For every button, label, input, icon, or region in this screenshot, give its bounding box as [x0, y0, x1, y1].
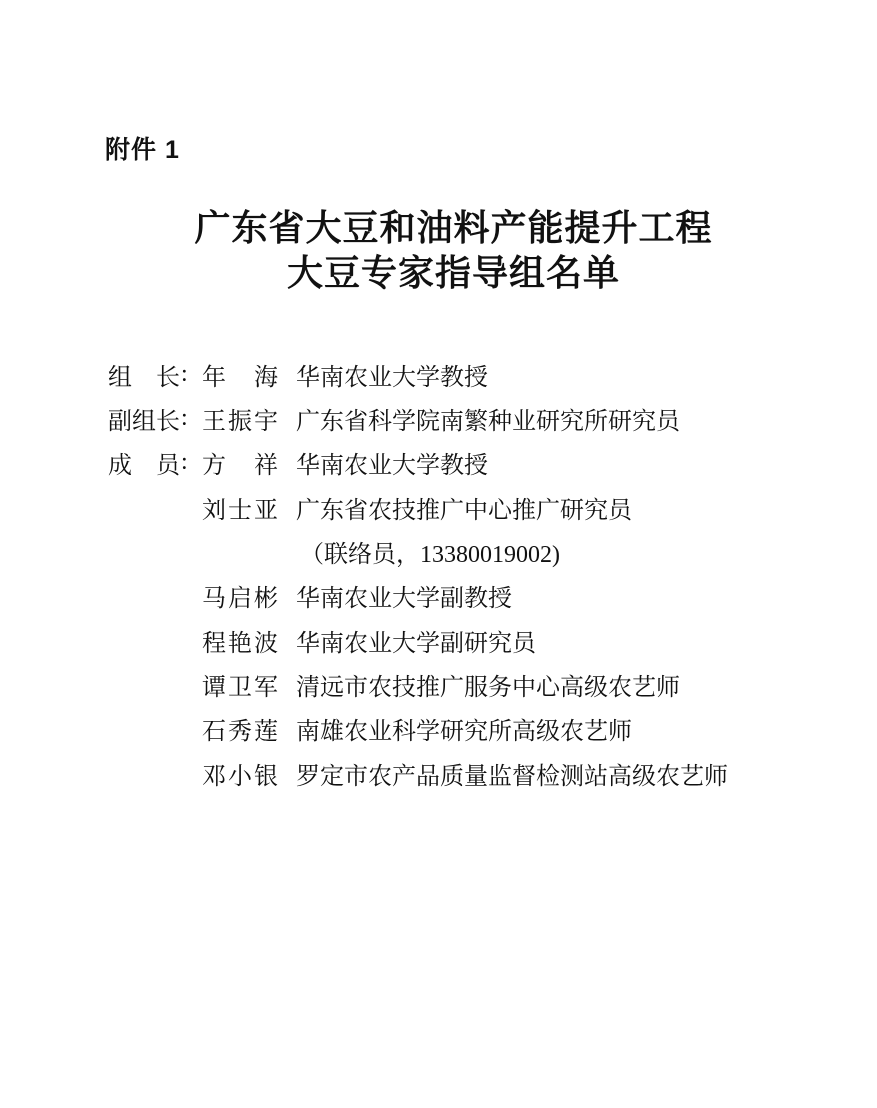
member-name: 王振宇: [202, 401, 278, 436]
role-cell: :: [108, 760, 202, 787]
role-cell: :: [108, 715, 202, 742]
roster-list: 组长: 年海 华南农业大学教授 副组长: 王振宇 广东省科学院南繁种业研究所研究…: [108, 352, 788, 795]
member-name: 谭卫军: [202, 667, 278, 702]
roster-row: : 刘士亚 广东省农技推广中心推广研究员: [108, 485, 788, 529]
document-page: 附件 1 广东省大豆和油料产能提升工程 大豆专家指导组名单 组长: 年海 华南农…: [0, 0, 877, 1108]
member-name: 马启彬: [202, 578, 278, 613]
member-desc: 广东省科学院南繁种业研究所研究员: [296, 401, 680, 436]
member-desc: 南雄农业科学研究所高级农艺师: [296, 711, 632, 746]
member-name: 年海: [202, 357, 278, 392]
member-note: （联络员，13380019002): [300, 534, 560, 569]
member-name: 石秀莲: [202, 711, 278, 746]
roster-note-row: （联络员，13380019002): [108, 529, 788, 573]
role-cell: 组长:: [108, 357, 202, 392]
role-label: 副组长: [108, 401, 180, 436]
roster-row: : 邓小银 罗定市农产品质量监督检测站高级农艺师: [108, 751, 788, 795]
roster-row: : 谭卫军 清远市农技推广服务中心高级农艺师: [108, 662, 788, 706]
roster-row: : 马启彬 华南农业大学副教授: [108, 574, 788, 618]
role-cell: :: [108, 627, 202, 654]
role-colon: :: [181, 405, 188, 432]
role-cell: :: [108, 582, 202, 609]
member-desc: 罗定市农产品质量监督检测站高级农艺师: [296, 756, 728, 791]
document-title: 广东省大豆和油料产能提升工程 大豆专家指导组名单: [15, 206, 877, 296]
member-desc: 华南农业大学副研究员: [296, 623, 536, 658]
roster-row: 组长: 年海 华南农业大学教授: [108, 352, 788, 396]
member-desc: 华南农业大学副教授: [296, 578, 512, 613]
member-name: 邓小银: [202, 756, 278, 791]
member-desc: 广东省农技推广中心推广研究员: [296, 490, 632, 525]
role-cell: 成员:: [108, 445, 202, 480]
role-label: 组长: [108, 357, 180, 392]
member-desc: 华南农业大学教授: [296, 445, 488, 480]
role-cell: :: [108, 671, 202, 698]
member-name: 方祥: [202, 445, 278, 480]
role-colon: :: [181, 361, 188, 388]
roster-row: : 石秀莲 南雄农业科学研究所高级农艺师: [108, 707, 788, 751]
roster-row: 副组长: 王振宇 广东省科学院南繁种业研究所研究员: [108, 396, 788, 440]
attachment-label: 附件 1: [105, 130, 180, 166]
document-title-line2: 大豆专家指导组名单: [15, 251, 877, 296]
role-label: 成员: [108, 445, 180, 480]
member-name: 程艳波: [202, 623, 278, 658]
role-colon: :: [181, 449, 188, 476]
document-title-line1: 广东省大豆和油料产能提升工程: [15, 206, 877, 251]
member-desc: 清远市农技推广服务中心高级农艺师: [296, 667, 680, 702]
roster-row: 成员: 方祥 华南农业大学教授: [108, 441, 788, 485]
role-cell: :: [108, 494, 202, 521]
roster-row: : 程艳波 华南农业大学副研究员: [108, 618, 788, 662]
member-name: 刘士亚: [202, 490, 278, 525]
member-desc: 华南农业大学教授: [296, 357, 488, 392]
role-cell: 副组长:: [108, 401, 202, 436]
